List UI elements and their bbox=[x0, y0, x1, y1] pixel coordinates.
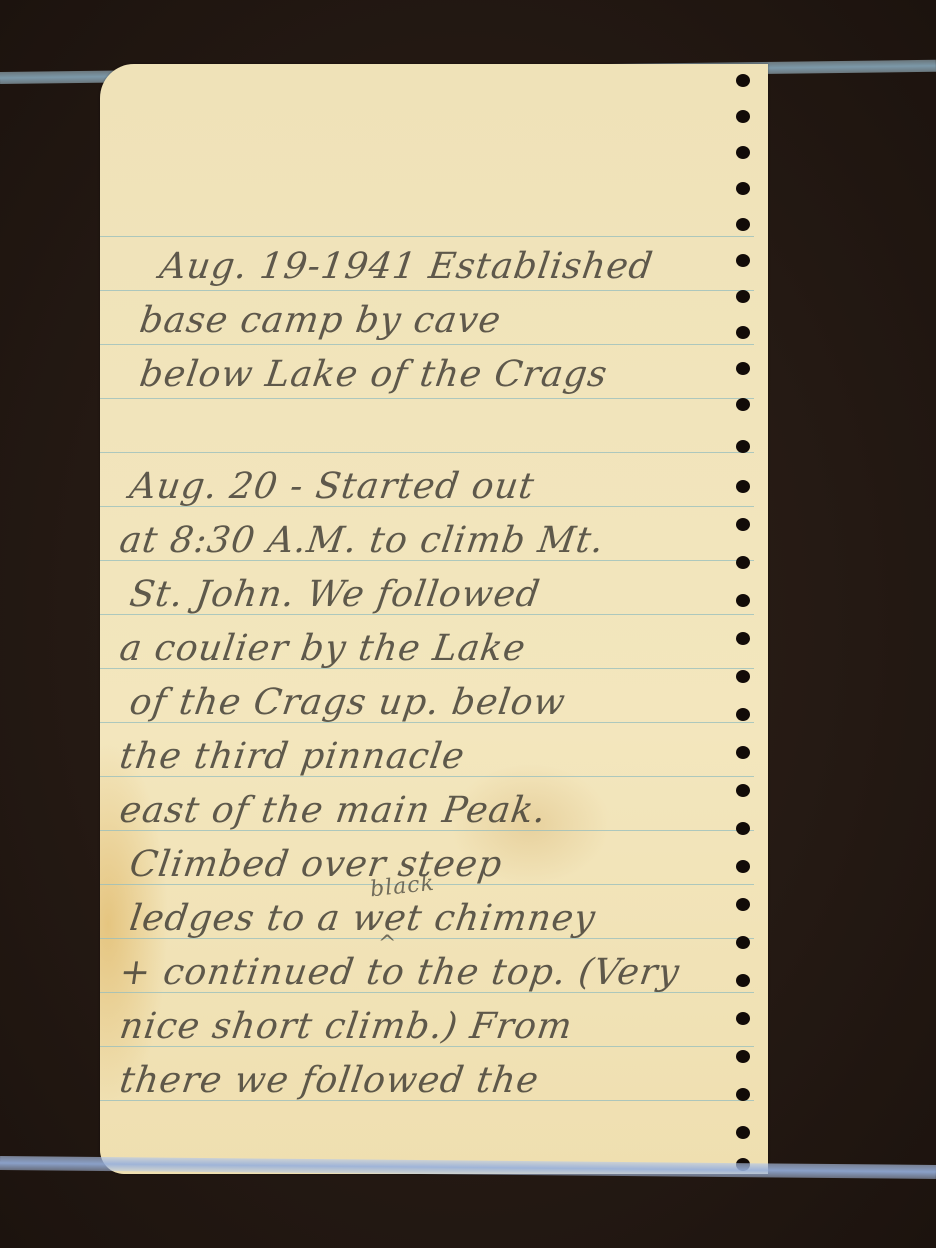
ruled-line bbox=[100, 236, 754, 237]
perforation-hole bbox=[736, 670, 750, 683]
entry-2-line-10: + continued to the top. (Very bbox=[117, 952, 682, 993]
perforation-hole bbox=[736, 1088, 750, 1101]
perforation-hole bbox=[736, 290, 750, 303]
perforation-hole bbox=[736, 110, 750, 123]
perforation-hole bbox=[736, 898, 750, 911]
perforation-hole bbox=[736, 632, 750, 645]
perforation-hole bbox=[736, 74, 750, 87]
perforation-hole bbox=[736, 326, 750, 339]
perforation-hole bbox=[736, 218, 750, 231]
perforation-hole bbox=[736, 784, 750, 797]
notebook-page: Aug. 19-1941 Established base camp by ca… bbox=[100, 64, 768, 1174]
ruled-line bbox=[100, 344, 754, 345]
entry-2-line-7: east of the main Peak. bbox=[117, 790, 549, 831]
perforation-hole bbox=[736, 440, 750, 453]
perforation-hole bbox=[736, 974, 750, 987]
perforation-hole bbox=[736, 860, 750, 873]
ruled-line bbox=[100, 290, 754, 291]
entry-2-line-2: at 8:30 A.M. to climb Mt. bbox=[117, 520, 607, 561]
entry-2-line-3: St. John. We followed bbox=[127, 574, 543, 615]
entry-2-line-12: there we followed the bbox=[117, 1060, 542, 1101]
entry-2-line-6: the third pinnacle bbox=[117, 736, 467, 777]
perforation-hole bbox=[736, 1126, 750, 1139]
entry-2-line-4: a coulier by the Lake bbox=[117, 628, 528, 669]
ruled-line bbox=[100, 398, 754, 399]
perforation-hole bbox=[736, 518, 750, 531]
entry-2-line-1: Aug. 20 - Started out bbox=[127, 466, 537, 507]
perforation-hole bbox=[736, 556, 750, 569]
perforation-hole bbox=[736, 708, 750, 721]
perforation-hole bbox=[736, 398, 750, 411]
perforation-hole bbox=[736, 746, 750, 759]
entry-1-line-3: below Lake of the Crags bbox=[137, 354, 610, 395]
entry-2-line-5: of the Crags up. below bbox=[127, 682, 568, 723]
perforation-hole bbox=[736, 936, 750, 949]
perforation-hole bbox=[736, 254, 750, 267]
ruled-line bbox=[100, 452, 754, 453]
entry-2-line-9: ledges to a wet chimney bbox=[127, 898, 598, 939]
entry-2-line-11: nice short climb.) From bbox=[117, 1006, 575, 1047]
perforation-hole bbox=[736, 594, 750, 607]
perforation-hole bbox=[736, 822, 750, 835]
perforation-hole bbox=[736, 182, 750, 195]
perforation-hole bbox=[736, 1012, 750, 1025]
entry-1-line-2: base camp by cave bbox=[137, 300, 504, 341]
perforation-hole bbox=[736, 480, 750, 493]
entry-2-line-8: Climbed over steep bbox=[127, 844, 505, 885]
insertion-caret: ^ bbox=[378, 932, 397, 957]
perforation-hole bbox=[736, 362, 750, 375]
perforation-strip bbox=[736, 64, 756, 1174]
perforation-hole bbox=[736, 1050, 750, 1063]
perforation-hole bbox=[736, 146, 750, 159]
entry-1-line-1: Aug. 19-1941 Established bbox=[157, 246, 656, 287]
